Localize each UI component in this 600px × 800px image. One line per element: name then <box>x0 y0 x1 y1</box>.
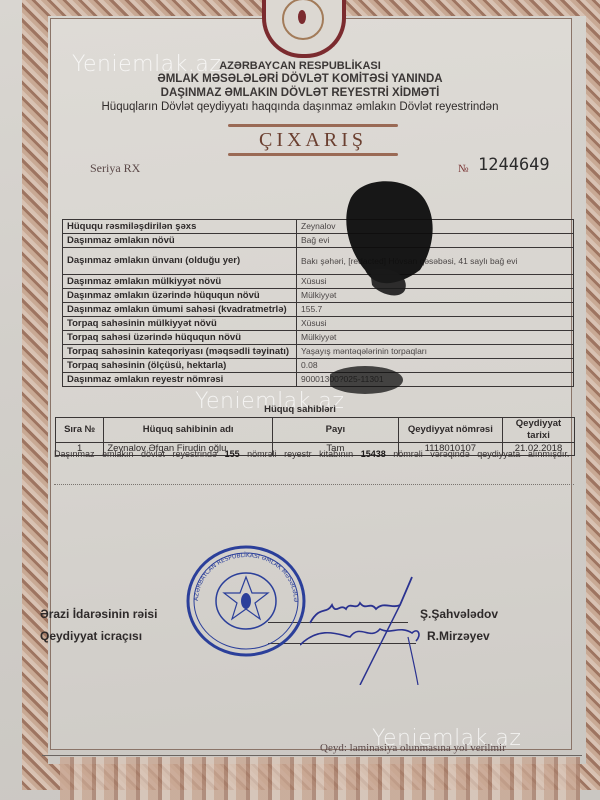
ornamental-border-bottom <box>60 757 580 800</box>
signatory-role-2: Qeydiyyat icraçısı <box>40 629 142 643</box>
redaction-mark <box>330 175 470 405</box>
signatory-name-2: R.Mirzəyev <box>427 629 490 643</box>
field-label: Torpaq sahəsi üzərində hüququn növü <box>63 331 297 345</box>
table-row: Daşınmaz əmlakın üzərində hüququn növüMü… <box>63 289 574 303</box>
field-label: Daşınmaz əmlakın ünvanı (olduğu yer) <box>63 248 297 275</box>
field-label: Daşınmaz əmlakın reyestr nömrəsi <box>63 373 297 387</box>
bottom-rule <box>42 755 582 756</box>
signatory-role-1: Ərazi İdarəsinin rəisi <box>40 607 157 621</box>
table-row: Torpaq sahəsinin mülkiyyət növüXüsusi <box>63 317 574 331</box>
table-row: Daşınmaz əmlakın ünvanı (olduğu yer)Bakı… <box>63 248 574 275</box>
owners-title: Hüquq sahibləri <box>0 404 600 415</box>
series-label: Seriya RX <box>90 161 140 176</box>
field-label: Torpaq sahəsinin (ölçüsü, hektarla) <box>63 359 297 373</box>
signatory-name-1: Ş.Şahvələdov <box>420 607 498 621</box>
field-label: Daşınmaz əmlakın üzərində hüququn növü <box>63 289 297 303</box>
official-stamp-icon: AZƏRBAYCAN RESPUBLİKASI ƏMLAK MƏSƏLƏLƏRİ… <box>184 543 308 659</box>
header-service: DAŞINMAZ ƏMLAKIN DÖVLƏT REYESTRİ XİDMƏTİ <box>0 87 600 99</box>
table-row: Hüququ rəsmiləşdirilən şəxsZeynalov <box>63 220 574 234</box>
title-text: ÇIXARIŞ <box>228 129 398 152</box>
number-label: № <box>458 163 469 175</box>
column-header: Qeydiyyat nömrəsi <box>398 418 502 443</box>
table-row: Torpaq sahəsi üzərində hüququn növüMülki… <box>63 331 574 345</box>
header-subtitle: Hüquqların Dövlət qeydiyyatı haqqında da… <box>0 101 600 113</box>
column-header: Qeydiyyat tarixi <box>502 418 574 443</box>
table-row: Torpaq sahəsinin kateqoriyası (məqsədli … <box>63 345 574 359</box>
registry-statement: Daşınmaz əmlakın dövlət reyestrində 155 … <box>54 448 574 460</box>
field-label: Daşınmaz əmlakın mülkiyyət növü <box>63 275 297 289</box>
table-row: Daşınmaz əmlakın növüBağ evi <box>63 234 574 248</box>
field-label: Daşınmaz əmlakın növü <box>63 234 297 248</box>
handwritten-signature <box>300 575 430 685</box>
column-header: Hüquq sahibinin adı <box>104 418 273 443</box>
dotted-line <box>54 476 574 485</box>
table-row: Torpaq sahəsinin (ölçüsü, hektarla)0.08 <box>63 359 574 373</box>
header-committee: ƏMLAK MƏSƏLƏLƏRİ DÖVLƏT KOMİTƏSİ YANINDA <box>0 73 600 85</box>
field-label: Torpaq sahəsinin kateqoriyası (məqsədli … <box>63 345 297 359</box>
book-number: 155 <box>225 449 240 459</box>
page-number: 15438 <box>361 449 386 459</box>
field-label: Daşınmaz əmlakın ümumi sahəsi (kvadratme… <box>63 303 297 317</box>
column-header: Sıra № <box>56 418 104 443</box>
table-row: Daşınmaz əmlakın reyestr nömrəsi90001300… <box>63 373 574 387</box>
property-info-table: Hüququ rəsmiləşdirilən şəxsZeynalovDaşın… <box>62 219 574 387</box>
document-number: 1244649 <box>478 155 550 175</box>
document-title: ÇIXARIŞ <box>228 122 398 158</box>
table-row: Daşınmaz əmlakın mülkiyyət növüXüsusi <box>63 275 574 289</box>
lamination-note: Qeyd: laminasiya olunmasına yol verilmir <box>320 742 506 754</box>
field-label: Torpaq sahəsinin mülkiyyət növü <box>63 317 297 331</box>
field-label: Hüququ rəsmiləşdirilən şəxs <box>63 220 297 234</box>
column-header: Payı <box>273 418 399 443</box>
table-row: Daşınmaz əmlakın ümumi sahəsi (kvadratme… <box>63 303 574 317</box>
header-republic: AZƏRBAYCAN RESPUBLİKASI <box>0 60 600 72</box>
